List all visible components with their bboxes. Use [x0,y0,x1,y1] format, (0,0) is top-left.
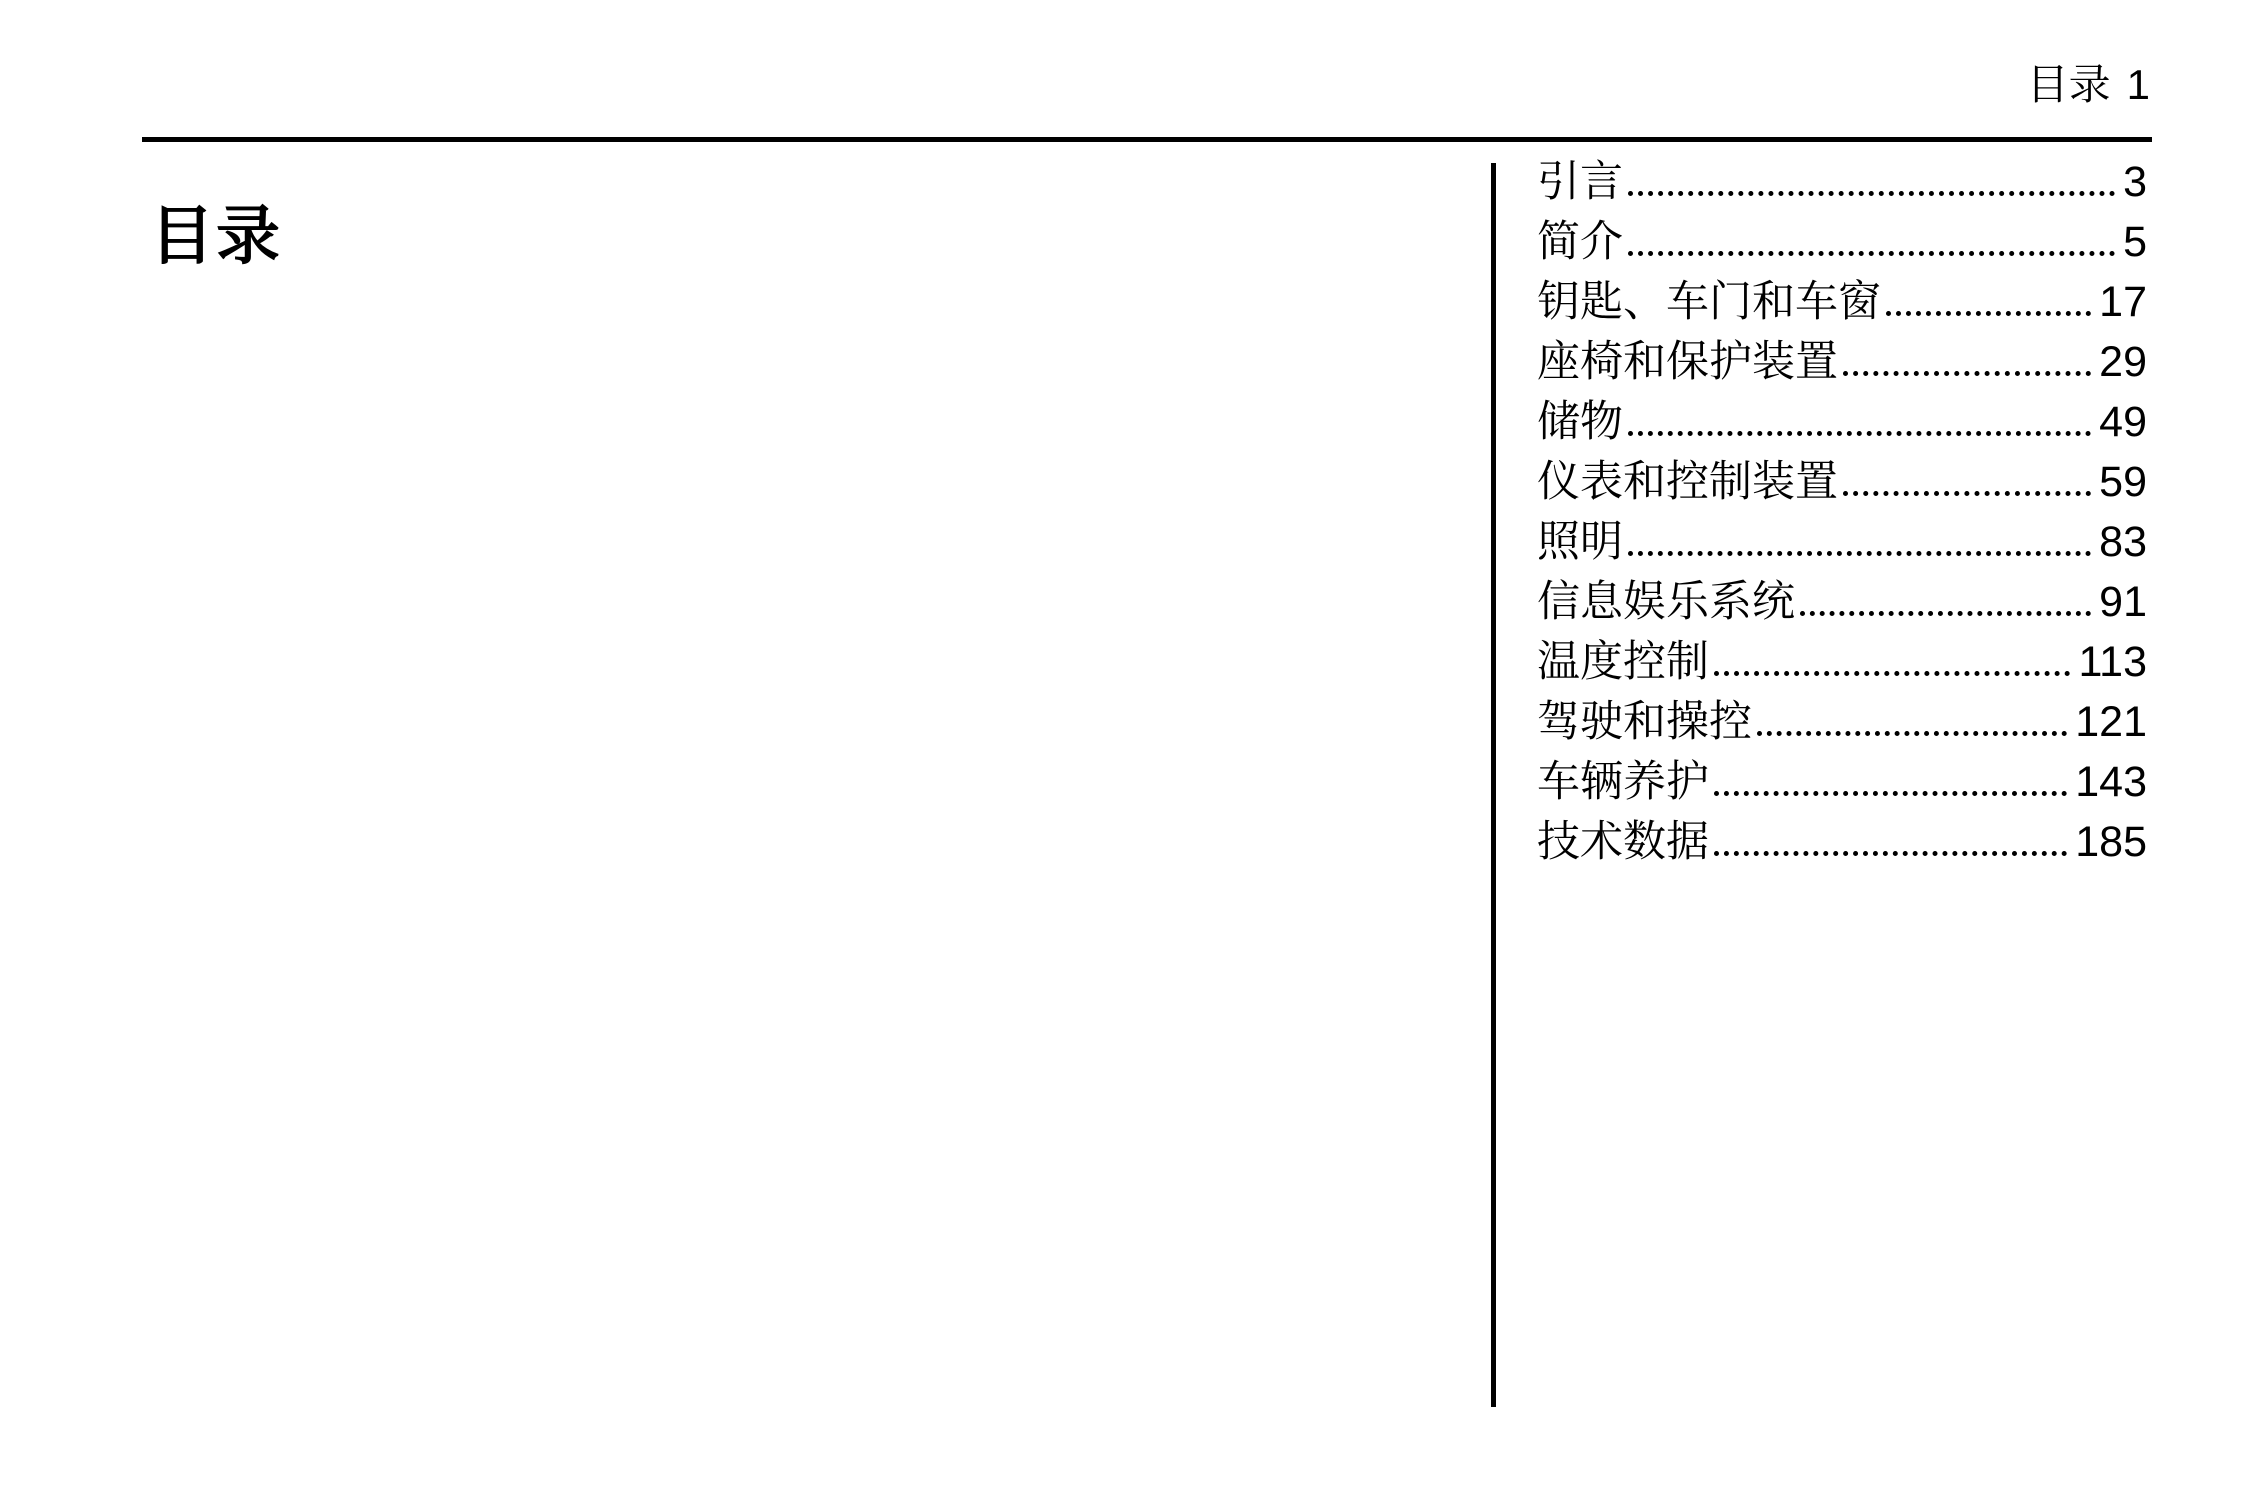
toc-entry: 技术数据 185 [1537,812,2147,872]
toc-list: 引言 3 简介 5 钥匙、车门和车窗 17 座椅和保护装置 29 储物 49 仪… [1537,152,2147,872]
column-divider [1491,163,1496,1407]
toc-entry-page-number: 17 [2099,272,2147,332]
dot-leader [1714,851,2067,856]
toc-entry-page-number: 143 [2075,752,2147,812]
toc-entry-title: 温度控制 [1537,632,1709,692]
toc-entry: 引言 3 [1537,152,2147,212]
toc-entry: 仪表和控制装置 59 [1537,452,2147,512]
toc-entry-page-number: 185 [2075,812,2147,872]
dot-leader [1843,371,2091,376]
toc-entry: 温度控制 113 [1537,632,2147,692]
toc-entry-page-number: 49 [2099,392,2147,452]
toc-entry-title: 车辆养护 [1537,752,1709,812]
toc-entry-title: 技术数据 [1537,812,1709,872]
dot-leader [1714,671,2070,676]
toc-entry-title: 座椅和保护装置 [1537,332,1838,392]
toc-entry-page-number: 3 [2123,152,2147,212]
running-header-section-title: 目录 [2027,62,2111,108]
toc-entry-page-number: 113 [2078,632,2147,692]
toc-entry-page-number: 83 [2099,512,2147,572]
dot-leader [1800,611,2091,616]
toc-entry-title: 仪表和控制装置 [1537,452,1838,512]
dot-leader [1628,431,2091,436]
header-rule [142,137,2152,142]
toc-entry-page-number: 29 [2099,332,2147,392]
dot-leader [1714,791,2067,796]
dot-leader [1886,311,2091,316]
running-header: 目录 1 [2027,62,2150,108]
running-header-page-number: 1 [2127,62,2150,108]
toc-entry: 信息娱乐系统 91 [1537,572,2147,632]
dot-leader [1628,191,2115,196]
toc-entry-title: 驾驶和操控 [1537,692,1752,752]
dot-leader [1843,491,2091,496]
toc-entry-title: 钥匙、车门和车窗 [1537,272,1881,332]
toc-entry-title: 信息娱乐系统 [1537,572,1795,632]
toc-entry-title: 储物 [1537,392,1623,452]
toc-entry: 储物 49 [1537,392,2147,452]
toc-entry: 驾驶和操控 121 [1537,692,2147,752]
toc-entry-title: 照明 [1537,512,1623,572]
dot-leader [1628,551,2091,556]
toc-entry-page-number: 5 [2123,212,2147,272]
toc-entry: 座椅和保护装置 29 [1537,332,2147,392]
toc-entry-title: 简介 [1537,212,1623,272]
page-title: 目录 [150,201,282,271]
toc-entry: 简介 5 [1537,212,2147,272]
toc-entry: 照明 83 [1537,512,2147,572]
dot-leader [1757,731,2067,736]
toc-entry: 车辆养护 143 [1537,752,2147,812]
toc-entry: 钥匙、车门和车窗 17 [1537,272,2147,332]
dot-leader [1628,251,2115,256]
toc-entry-page-number: 59 [2099,452,2147,512]
toc-entry-title: 引言 [1537,152,1623,212]
toc-entry-page-number: 121 [2075,692,2147,752]
toc-entry-page-number: 91 [2099,572,2147,632]
